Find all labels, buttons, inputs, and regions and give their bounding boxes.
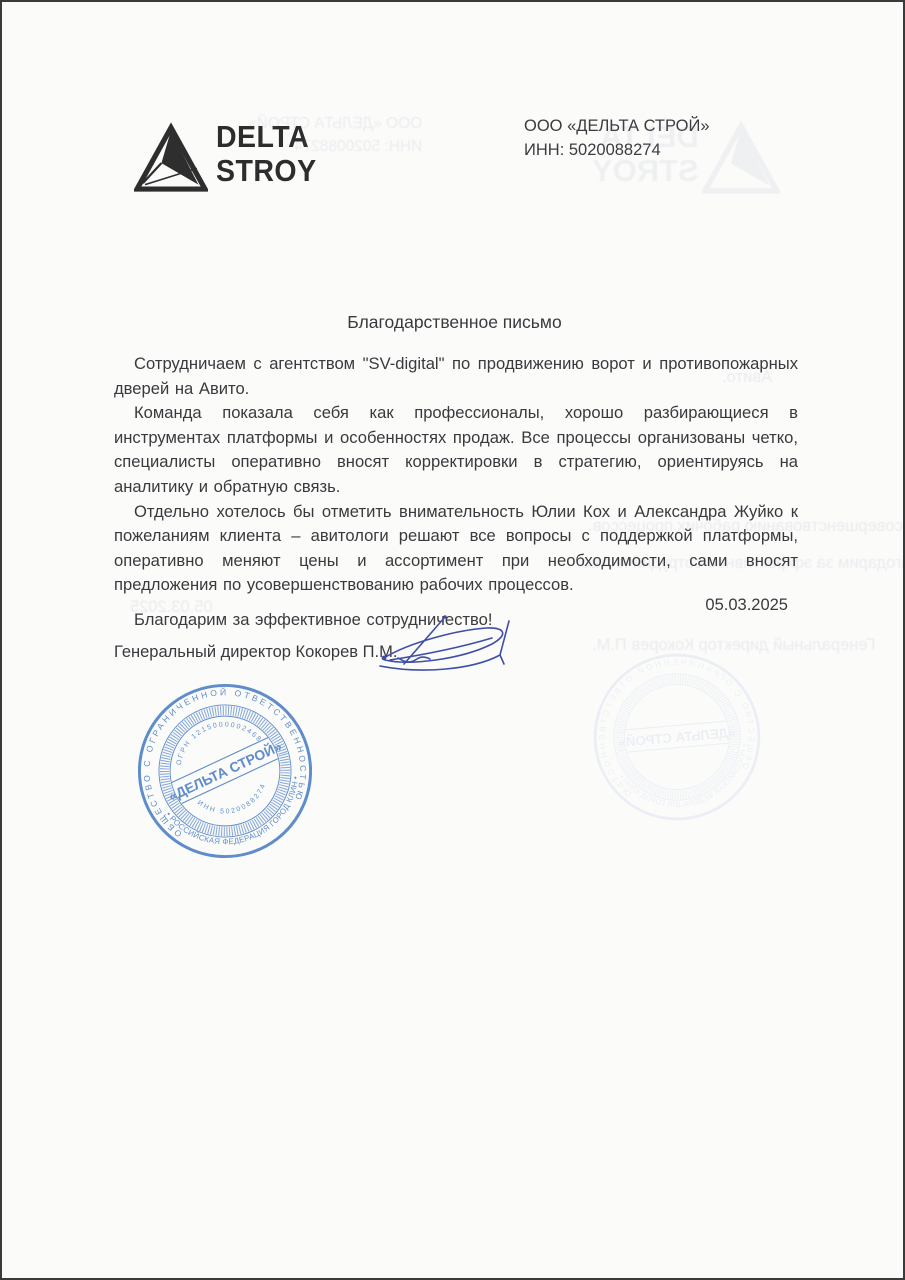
- paragraph-3: Отдельно хотелось бы отметить внимательн…: [114, 500, 798, 598]
- handwritten-signature: [370, 608, 532, 680]
- stamp-outer-top-text: ОБЩЕСТВО С ОГРАНИЧЕННОЙ ОТВЕТСТВЕННОСТЬЮ: [122, 667, 320, 844]
- letter-body: Сотрудничаем с агентством "SV-digital" п…: [114, 352, 798, 633]
- logo-word-2: STROY: [216, 154, 317, 188]
- ghost-company-requisites: ООО «ДЕЛЬТА СТРОЙ» ИНН: 5020088274: [248, 112, 422, 158]
- svg-text:ОБЩЕСТВО С ОГРАНИЧЕННОЙ ОТВЕТС: ОБЩЕСТВО С ОГРАНИЧЕННОЙ ОТВЕТСТВЕННОСТЬЮ: [122, 667, 320, 844]
- paragraph-1: Сотрудничаем с агентством "SV-digital" п…: [114, 352, 798, 401]
- delta-stroy-logo-icon: [134, 118, 208, 198]
- paragraph-2: Команда показала себя как профессионалы,…: [114, 401, 798, 499]
- ghost-company-stamp: ОБЩЕСТВО С ОГРАНИЧЕННОЙ ОТВЕТСТВЕННОСТЬЮ…: [569, 629, 785, 845]
- letter-date: 05.03.2025: [705, 596, 788, 615]
- signatory-line: Генеральный директор Кокорев П.М.: [114, 643, 397, 662]
- ghost-logo-wordmark: DELTA STROY: [592, 120, 699, 188]
- scanned-letter-page: DELTA STROY ООО «ДЕЛЬТА СТРОЙ» ИНН: 5020…: [0, 0, 905, 1280]
- letter-title: Благодарственное письмо: [2, 312, 905, 333]
- ghost-logo-triangle: [702, 114, 780, 202]
- company-stamp: ОБЩЕСТВО С ОГРАНИЧЕННОЙ ОТВЕТСТВЕННОСТЬЮ…: [110, 656, 340, 886]
